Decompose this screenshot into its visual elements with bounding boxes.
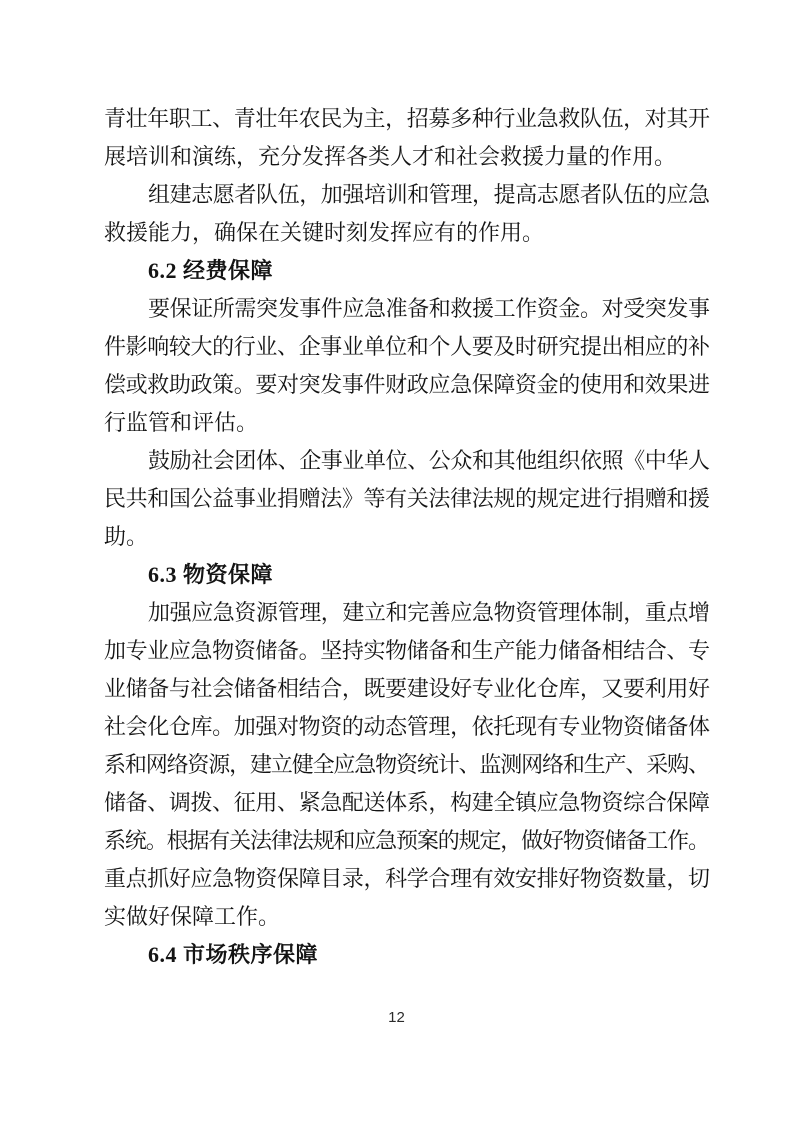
body-line: 行监管和评估。 bbox=[104, 404, 710, 442]
body-line-text: 救援能力，确保在关键时刻发挥应有的作用。 bbox=[104, 220, 544, 245]
body-line-text: 组建志愿者队伍，加强培训和管理，提高志愿者队伍的应急 bbox=[148, 182, 710, 207]
body-line: 展培训和演练，充分发挥各类人才和社会救援力量的作用。 bbox=[104, 138, 710, 176]
body-line: 件影响较大的行业、企事业单位和个人要及时研究提出相应的补 bbox=[104, 328, 710, 366]
body-line: 业储备与社会储备相结合，既要建设好专业化仓库，又要利用好 bbox=[104, 670, 710, 708]
page-number: 12 bbox=[0, 1008, 793, 1028]
body-line: 加强应急资源管理，建立和完善应急物资管理体制，重点增 bbox=[104, 594, 710, 632]
body-line: 救援能力，确保在关键时刻发挥应有的作用。 bbox=[104, 214, 710, 252]
body-line-text: 业储备与社会储备相结合，既要建设好专业化仓库，又要利用好 bbox=[104, 676, 710, 701]
body-line-text: 青壮年职工、青壮年农民为主，招募多种行业急救队伍，对其开 bbox=[104, 106, 710, 131]
body-line-text: 行监管和评估。 bbox=[104, 410, 258, 435]
body-line-text: 系和网络资源，建立健全应急物资统计、监测网络和生产、采购、 bbox=[104, 752, 709, 777]
body-line-text: 加专业应急物资储备。坚持实物储备和生产能力储备相结合、专 bbox=[104, 638, 710, 663]
body-line: 社会化仓库。加强对物资的动态管理，依托现有专业物资储备体 bbox=[104, 708, 710, 746]
body-line: 重点抓好应急物资保障目录，科学合理有效安排好物资数量，切 bbox=[104, 860, 710, 898]
body-line-text: 鼓励社会团体、企事业单位、公众和其他组织依照《中华人 bbox=[148, 448, 710, 473]
section-heading-text: 6.4 市场秩序保障 bbox=[148, 942, 318, 967]
body-line: 储备、调拨、征用、紧急配送体系，构建全镇应急物资综合保障 bbox=[104, 784, 710, 822]
body-line-text: 助。 bbox=[104, 524, 148, 549]
body-line-text: 件影响较大的行业、企事业单位和个人要及时研究提出相应的补 bbox=[104, 334, 710, 359]
body-line: 偿或救助政策。要对突发事件财政应急保障资金的使用和效果进 bbox=[104, 366, 710, 404]
body-line: 助。 bbox=[104, 518, 710, 556]
text-column: 青壮年职工、青壮年农民为主，招募多种行业急救队伍，对其开 展培训和演练，充分发挥… bbox=[104, 100, 710, 974]
body-line-text: 要保证所需突发事件应急准备和救援工作资金。对受突发事 bbox=[148, 296, 710, 321]
body-line-text: 民共和国公益事业捐赠法》等有关法律法规的规定进行捐赠和援 bbox=[104, 486, 710, 511]
body-line-text: 系统。根据有关法律法规和应急预案的规定，做好物资储备工作。 bbox=[104, 828, 709, 853]
body-line: 系统。根据有关法律法规和应急预案的规定，做好物资储备工作。 bbox=[104, 822, 710, 860]
section-heading-6-4: 6.4 市场秩序保障 bbox=[104, 936, 710, 974]
section-heading-6-2: 6.2 经费保障 bbox=[104, 252, 710, 290]
body-line-text: 重点抓好应急物资保障目录，科学合理有效安排好物资数量，切 bbox=[104, 866, 710, 891]
section-heading-text: 6.3 物资保障 bbox=[148, 562, 273, 587]
body-line: 民共和国公益事业捐赠法》等有关法律法规的规定进行捐赠和援 bbox=[104, 480, 710, 518]
section-heading-6-3: 6.3 物资保障 bbox=[104, 556, 710, 594]
body-line-text: 加强应急资源管理，建立和完善应急物资管理体制，重点增 bbox=[148, 600, 710, 625]
body-line-text: 展培训和演练，充分发挥各类人才和社会救援力量的作用。 bbox=[104, 144, 676, 169]
body-line-text: 偿或救助政策。要对突发事件财政应急保障资金的使用和效果进 bbox=[104, 372, 710, 397]
section-heading-text: 6.2 经费保障 bbox=[148, 258, 273, 283]
body-line: 鼓励社会团体、企事业单位、公众和其他组织依照《中华人 bbox=[104, 442, 710, 480]
body-line: 实做好保障工作。 bbox=[104, 898, 710, 936]
body-line: 系和网络资源，建立健全应急物资统计、监测网络和生产、采购、 bbox=[104, 746, 710, 784]
body-line-text: 储备、调拨、征用、紧急配送体系，构建全镇应急物资综合保障 bbox=[104, 790, 710, 815]
body-line-text: 社会化仓库。加强对物资的动态管理，依托现有专业物资储备体 bbox=[104, 714, 710, 739]
document-page: 青壮年职工、青壮年农民为主，招募多种行业急救队伍，对其开 展培训和演练，充分发挥… bbox=[0, 0, 793, 1122]
body-line: 加专业应急物资储备。坚持实物储备和生产能力储备相结合、专 bbox=[104, 632, 710, 670]
body-line-text: 实做好保障工作。 bbox=[104, 904, 280, 929]
body-line: 青壮年职工、青壮年农民为主，招募多种行业急救队伍，对其开 bbox=[104, 100, 710, 138]
body-line: 组建志愿者队伍，加强培训和管理，提高志愿者队伍的应急 bbox=[104, 176, 710, 214]
body-line: 要保证所需突发事件应急准备和救援工作资金。对受突发事 bbox=[104, 290, 710, 328]
